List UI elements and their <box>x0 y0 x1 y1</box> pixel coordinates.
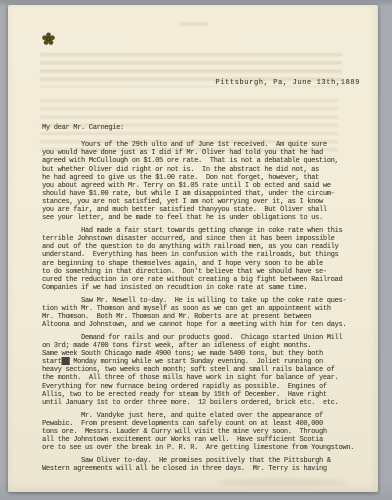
letter-content: My dear Mr. Carnegie: Yours of the 29th … <box>42 124 366 473</box>
letter-line: Saw Mr. Newell to-day. He is willing to … <box>42 297 366 305</box>
letter-line: Pewabic. From present developments can s… <box>42 420 366 428</box>
letter-line: on 3rd; made 4700 tons first week, after… <box>42 342 366 350</box>
letter-line: Saw Oliver to-day. He promises positivel… <box>42 457 366 465</box>
scan-background: Pittsburgh, Pa, June 13th,1889 My dear M… <box>0 0 392 500</box>
letter-line: see your letter, and be made to feel tha… <box>42 214 366 222</box>
letter-line: Everything for new furnace being ordered… <box>42 383 366 391</box>
paragraph: Mr. Vandyke just here, and quite elated … <box>42 412 366 453</box>
dateline: Pittsburgh, Pa, June 13th,1889 <box>215 79 360 87</box>
bleedthrough-text <box>180 22 208 26</box>
letter-line: he had agreed to give us the $1.00 rate.… <box>42 174 366 182</box>
letter-line: cured the reduction in ore rate without … <box>42 276 366 284</box>
letter-line: the month. All three of those mills have… <box>42 374 366 382</box>
letter-line: Companies if we had insisted on recudtio… <box>42 284 366 292</box>
paragraph: Had made a fair start towards getting ch… <box>42 227 366 292</box>
letter-line: are beginning to shape themselves again,… <box>42 260 366 268</box>
letter-line: but whether Oliver did right or not is. … <box>42 166 366 174</box>
letter-line: Had made a fair start towards getting ch… <box>42 227 366 235</box>
letter-line: to do something in that direction. Don't… <box>42 268 366 276</box>
bottom-smudge <box>216 479 348 486</box>
letter-line: tons ore. Messrs. Lauder & Curry will vi… <box>42 428 366 436</box>
letter-line: Allis, two to be erected ready for steam… <box>42 391 366 399</box>
letter-line: until January 1st to order three more. 1… <box>42 399 366 407</box>
letter-line: you about agreed with Mr. Terry on $1.05… <box>42 182 366 190</box>
letter-line: Western agreements will all be closed in… <box>42 465 366 473</box>
letter-line: Mr. Thomson. Both Mr. Thomson and Mr. Ro… <box>42 313 366 321</box>
letter-line: ore to see us over the break in P. R. R.… <box>42 444 366 452</box>
paragraph: Demand for rails and our products good. … <box>42 334 366 407</box>
letter-line: agreed with McCullough on $1.05 ore rate… <box>42 157 366 165</box>
letter-paper: Pittsburgh, Pa, June 13th,1889 My dear M… <box>8 5 378 492</box>
letter-line: all the Johnstown excitement our Works r… <box>42 436 366 444</box>
paragraph: Yours of the 29th ulto and of June 1st r… <box>42 141 366 222</box>
salutation: My dear Mr. Carnegie: <box>42 124 366 132</box>
letter-line: should have $1.00 rate, but while I am d… <box>42 190 366 198</box>
flower-stamp-icon <box>41 31 56 47</box>
letter-line: Same week South Chicago made 4900 tons; … <box>42 350 366 358</box>
letter-body: Yours of the 29th ulto and of June 1st r… <box>42 141 366 473</box>
letter-line: Altoona and Johnstown, and we cannot hop… <box>42 321 366 329</box>
paragraph: Saw Mr. Newell to-day. He is willing to … <box>42 297 366 330</box>
paragraph: Saw Oliver to-day. He promises positivel… <box>42 457 366 473</box>
letter-line: tion with Mr. Thomson and myself as soon… <box>42 305 366 313</box>
letter-line: Mr. Vandyke just here, and quite elated … <box>42 412 366 420</box>
letter-line: understand. Everything has been in confu… <box>42 251 366 259</box>
letter-line: Demand for rails and our products good. … <box>42 334 366 342</box>
